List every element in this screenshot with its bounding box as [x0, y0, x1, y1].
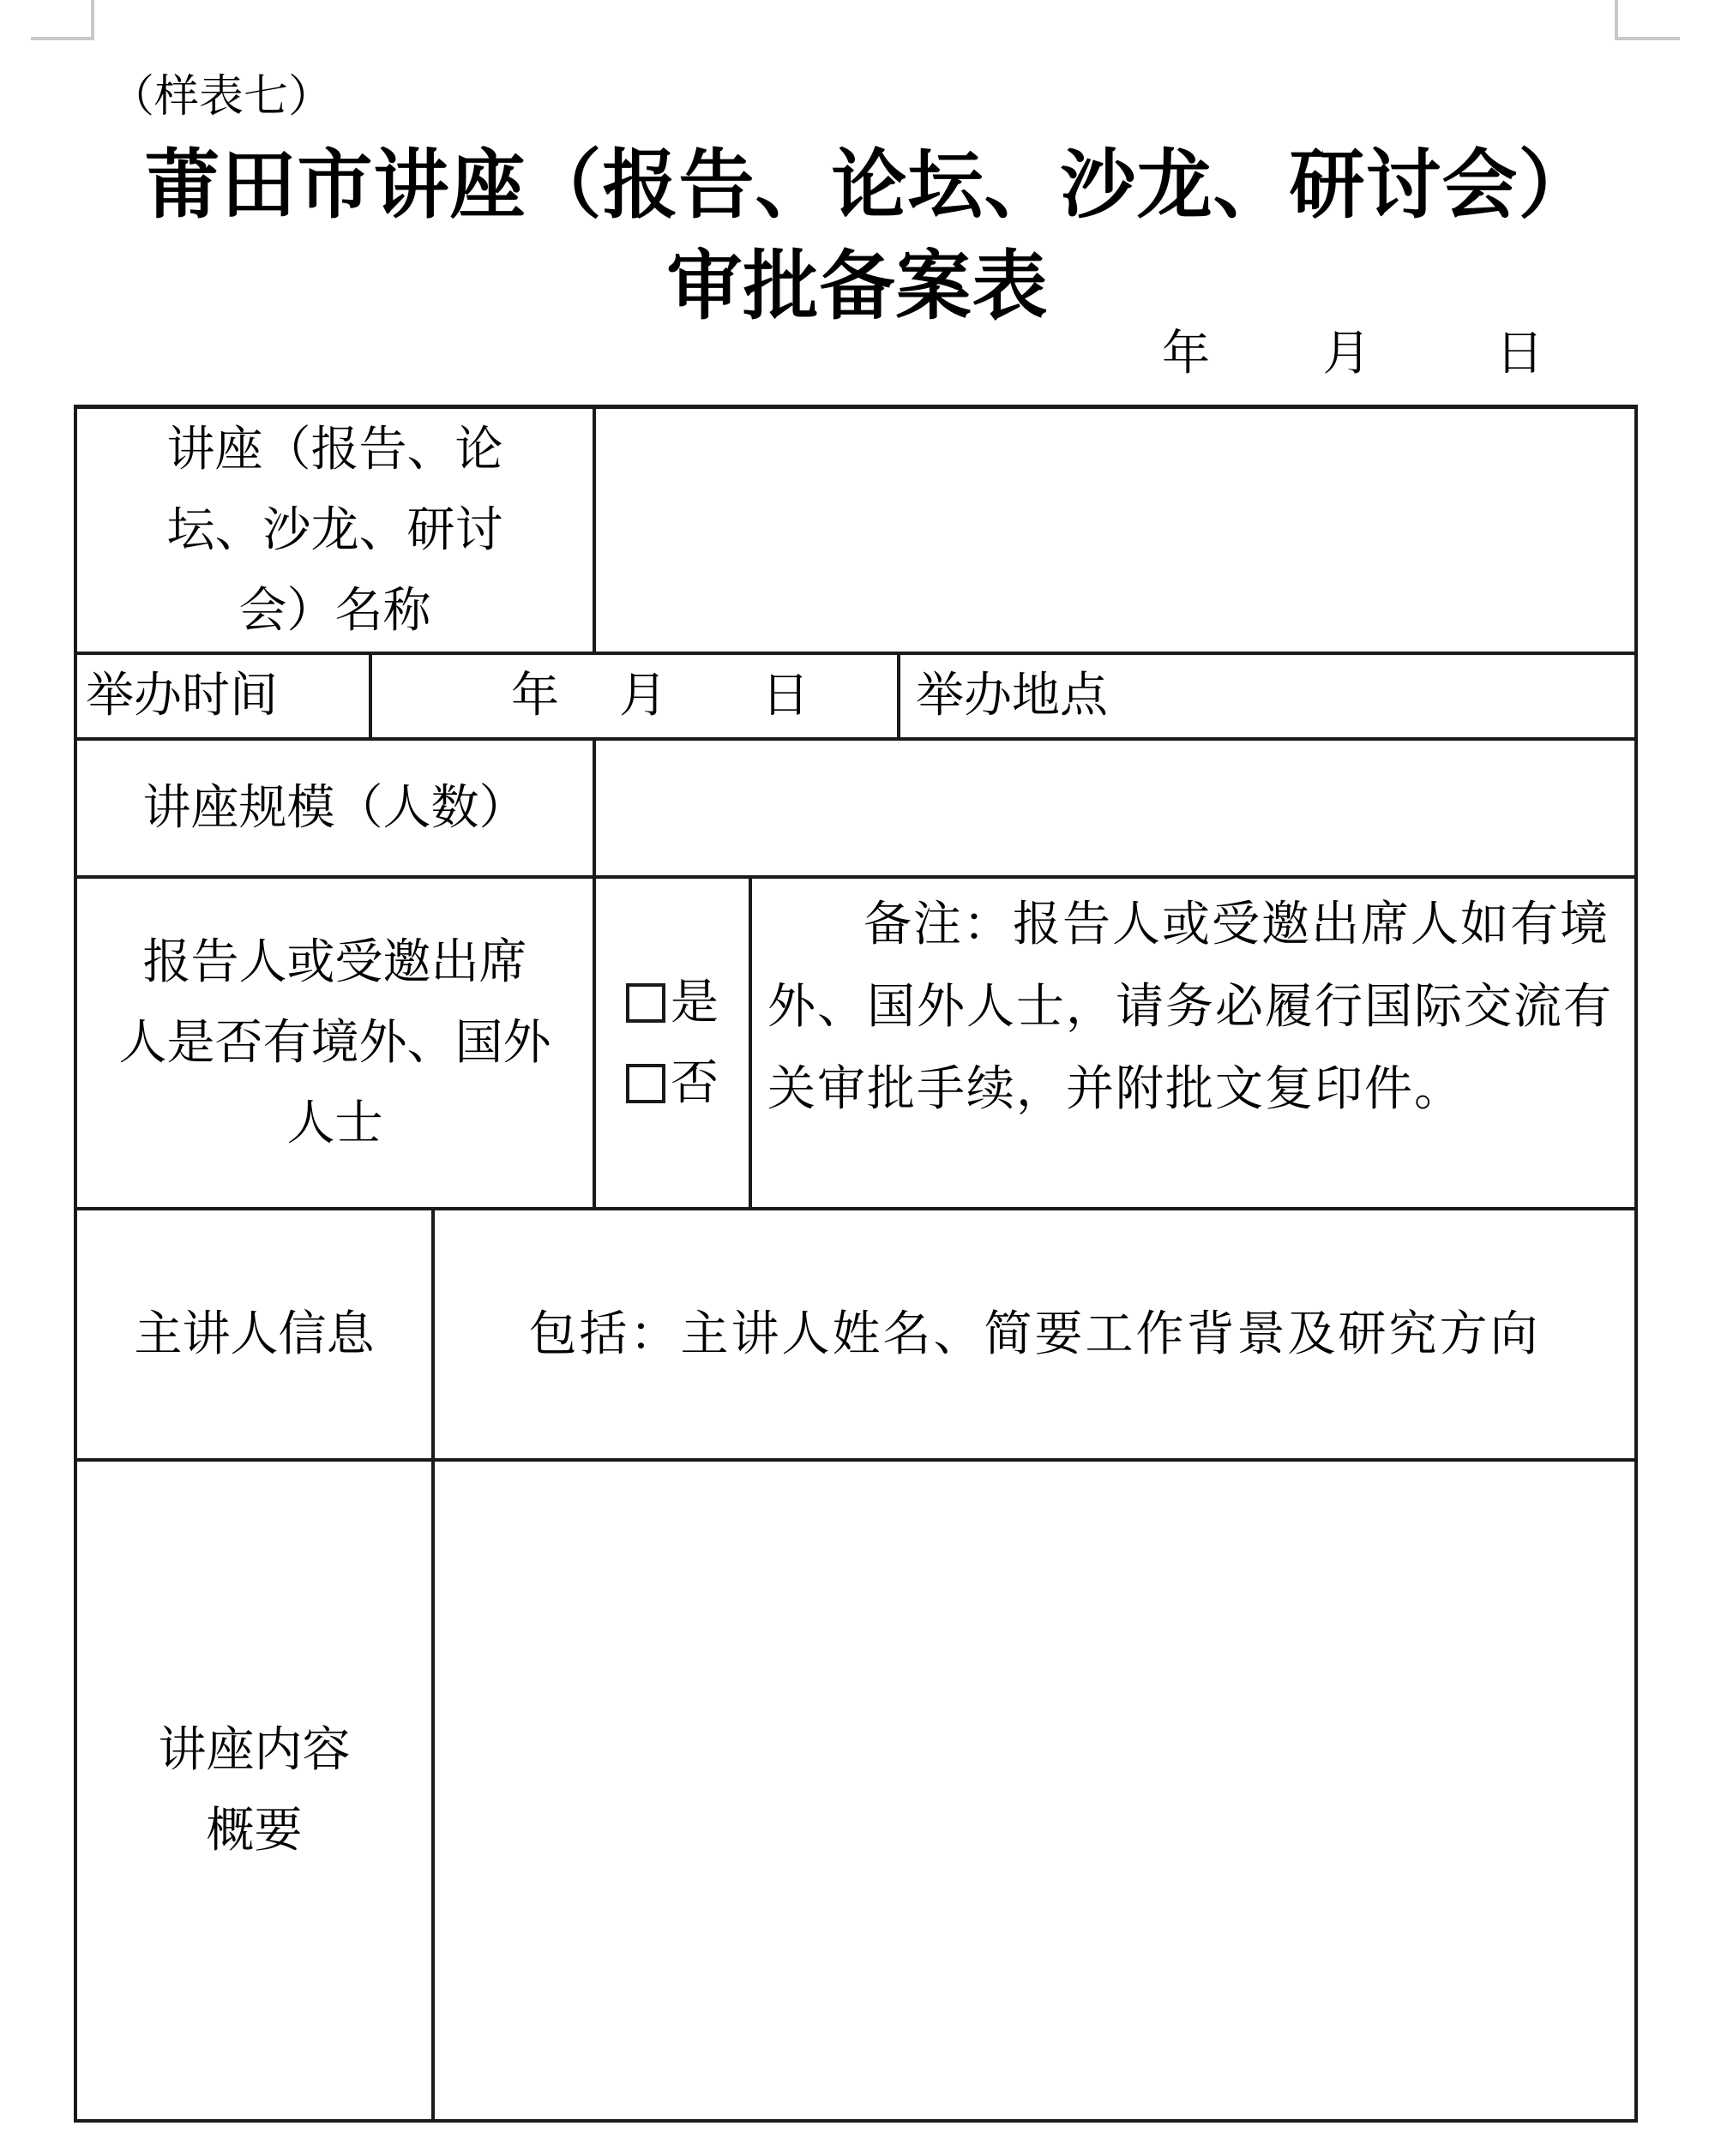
- checkbox-no[interactable]: [626, 1064, 665, 1103]
- foreign-participants-options: 是 否: [596, 879, 749, 1207]
- option-yes[interactable]: 是: [626, 963, 719, 1043]
- lecture-name-label: 讲座（报告、论 坛、沙龙、研讨 会）名称: [77, 409, 593, 652]
- lecture-name-field[interactable]: [596, 409, 1634, 652]
- foreign-label-line1: 报告人或受邀出席: [119, 922, 551, 1003]
- date-year-label: 年: [1162, 324, 1210, 384]
- crop-mark-top-right-vertical: [1615, 0, 1618, 39]
- lecture-content-field[interactable]: [435, 1462, 1634, 2119]
- document-title-line2: 审批备案表: [0, 238, 1715, 333]
- time-month-label: 月: [619, 656, 667, 736]
- lecture-name-label-line2: 坛、沙龙、研讨: [167, 490, 503, 571]
- crop-mark-top-right-horizontal: [1615, 37, 1680, 40]
- table-border-right: [1634, 405, 1638, 2123]
- foreign-label-line2: 人是否有境外、国外: [119, 1003, 551, 1084]
- option-yes-label: 是: [671, 963, 719, 1043]
- sample-form-label: （样表七）: [110, 67, 333, 127]
- lecture-scale-field[interactable]: [596, 741, 1634, 875]
- table-border-bottom: [74, 2119, 1638, 2123]
- approval-table: 讲座（报告、论 坛、沙龙、研讨 会）名称 举办时间 年 月 日 举办地点 讲座规…: [74, 405, 1638, 2123]
- crop-mark-top-left-horizontal: [31, 37, 94, 40]
- document-title-line1: 莆田市讲座（报告、论坛、沙龙、研讨会）: [0, 137, 1715, 231]
- foreign-participants-note: 备注：报告人或受邀出席人如有境外、国外人士，请务必履行国际交流有关审批手续，并附…: [752, 884, 1634, 1131]
- col-divider: [897, 652, 900, 739]
- lecture-name-label-line3: 会）名称: [167, 571, 503, 652]
- lecture-content-label: 讲座内容 概要: [77, 1462, 431, 2119]
- date-month-label: 月: [1323, 324, 1371, 384]
- option-no[interactable]: 否: [626, 1043, 719, 1124]
- foreign-participants-label: 报告人或受邀出席 人是否有境外、国外 人士: [77, 879, 593, 1207]
- event-time-field[interactable]: 年 月 日: [372, 655, 897, 737]
- lecture-scale-label: 讲座规模（人数）: [77, 741, 593, 875]
- lecture-name-label-line1: 讲座（报告、论: [167, 410, 503, 490]
- lecture-content-label-line1: 讲座内容: [159, 1710, 351, 1791]
- lecture-content-label-line2: 概要: [159, 1791, 351, 1871]
- foreign-label-line3: 人士: [119, 1084, 551, 1164]
- time-day-label: 日: [761, 656, 809, 736]
- foreign-participants-note-cell: 备注：报告人或受邀出席人如有境外、国外人士，请务必履行国际交流有关审批手续，并附…: [752, 879, 1634, 1207]
- speaker-info-label: 主讲人信息: [77, 1210, 431, 1458]
- event-place-label: 举办地点: [916, 655, 1173, 737]
- form-date: 年 月 日: [1162, 324, 1543, 384]
- date-day-label: 日: [1495, 324, 1543, 384]
- crop-mark-top-left-vertical: [91, 0, 94, 39]
- event-place-field[interactable]: [1173, 655, 1634, 737]
- speaker-info-field[interactable]: 包括：主讲人姓名、简要工作背景及研究方向: [435, 1210, 1634, 1458]
- event-time-label: 举办时间: [86, 655, 369, 737]
- option-no-label: 否: [671, 1043, 719, 1124]
- time-year-label: 年: [511, 656, 559, 736]
- checkbox-yes[interactable]: [626, 983, 665, 1023]
